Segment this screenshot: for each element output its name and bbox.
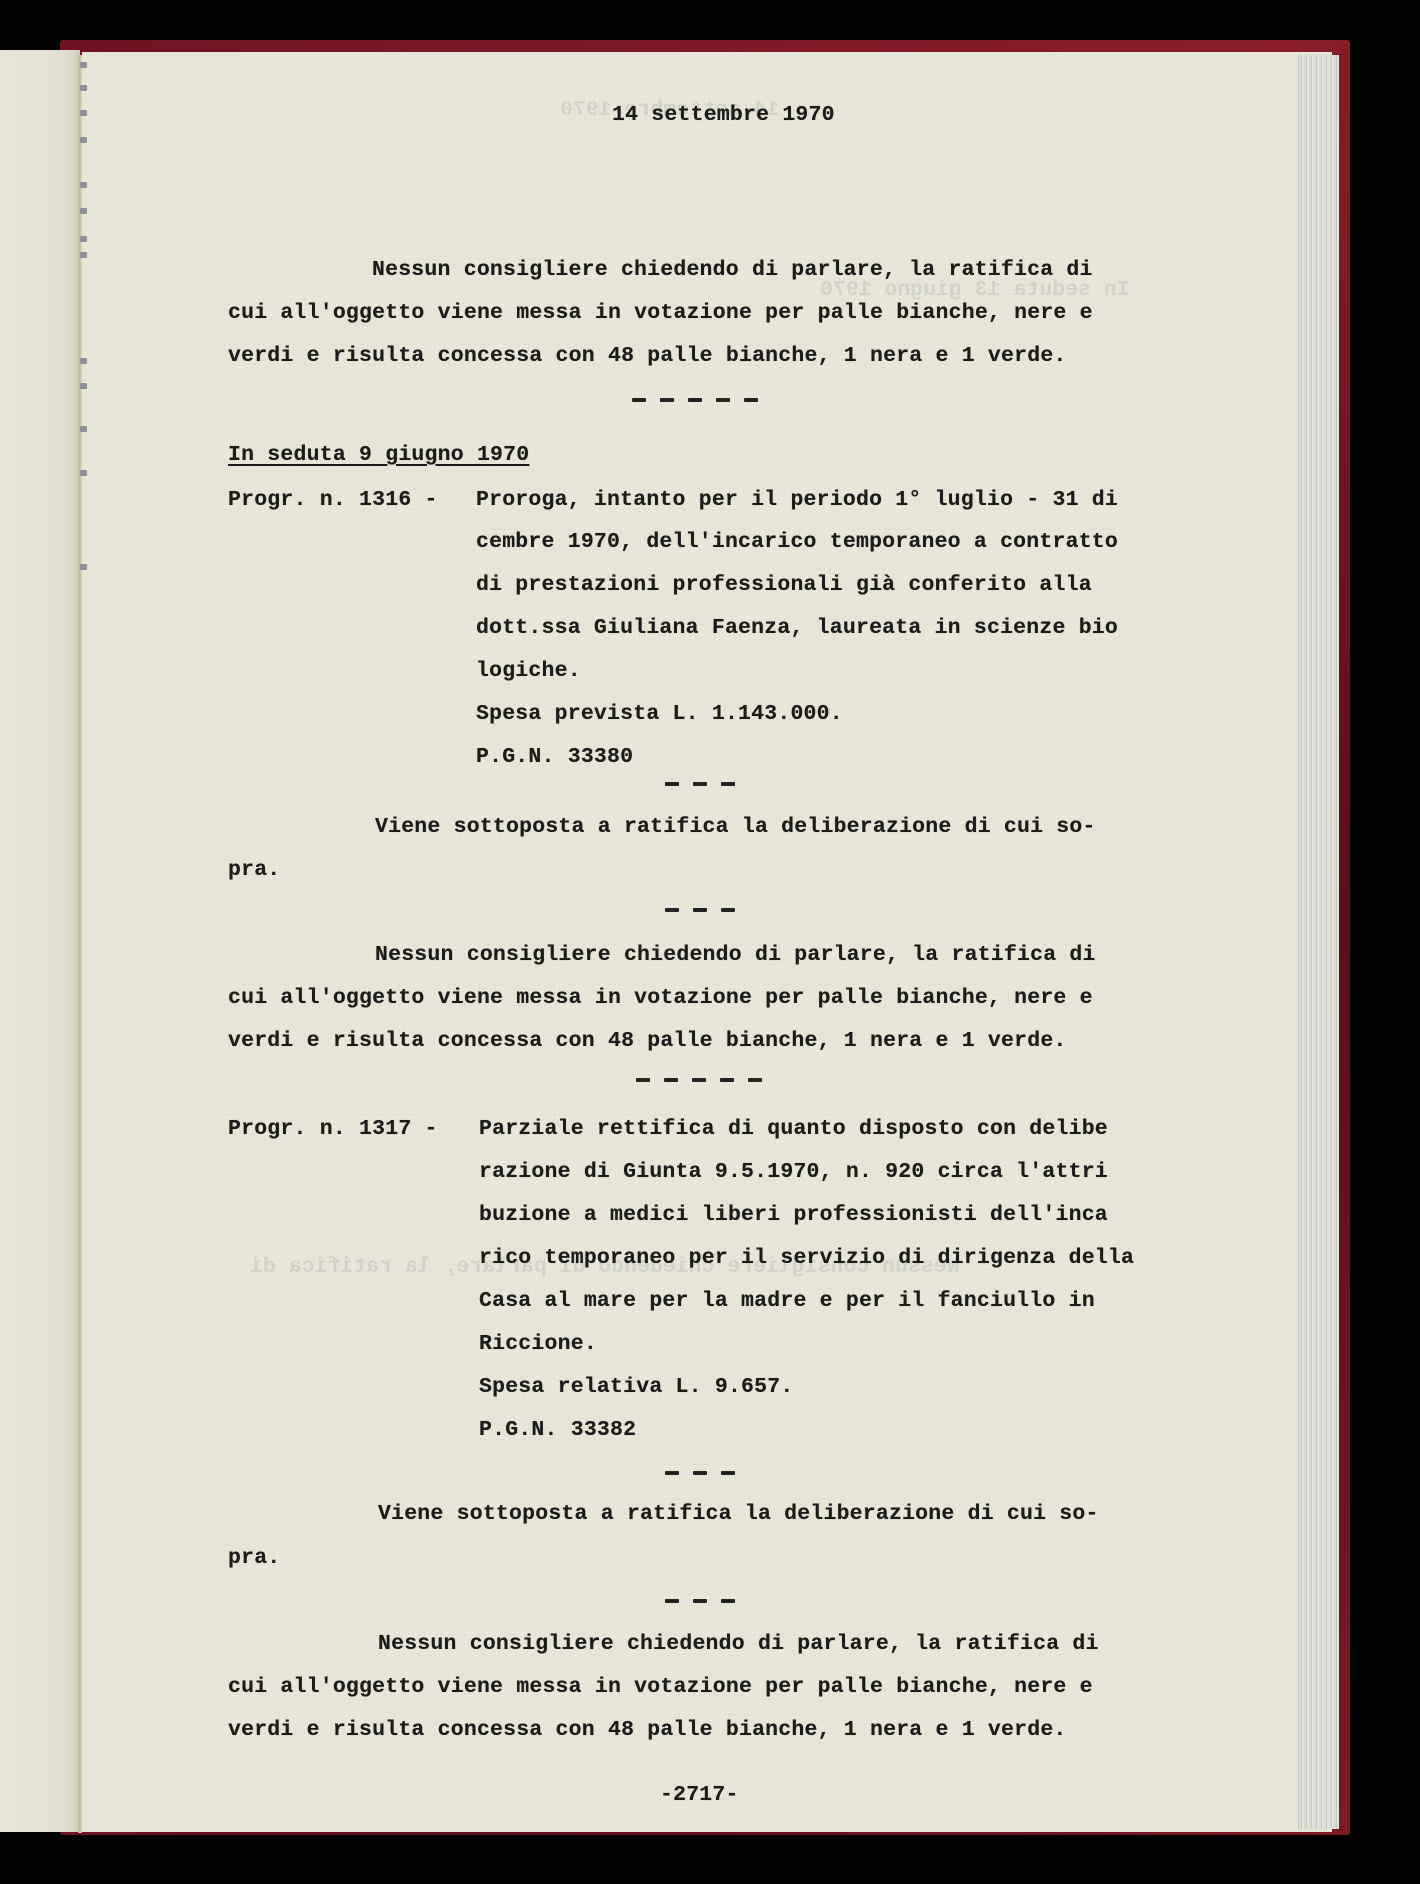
paragraph-line: verdi e risulta concessa con 48 palle bi… — [228, 1718, 1067, 1742]
section-separator — [636, 1078, 762, 1082]
page-date-header: 14 settembre 1970 — [612, 103, 835, 127]
paragraph-line: pra. — [228, 858, 280, 882]
progr-label-1317: Progr. n. 1317 - — [228, 1117, 438, 1141]
item-1317-line: Casa al mare per la madre e per il fanci… — [479, 1289, 1095, 1313]
paragraph-line: Nessun consigliere chiedendo di parlare,… — [378, 1632, 1099, 1656]
staple-mark — [80, 85, 87, 91]
section-separator — [665, 1599, 735, 1603]
binding-gutter — [78, 55, 82, 1833]
paragraph-line: Viene sottoposta a ratifica la deliberaz… — [378, 1502, 1099, 1526]
staple-mark — [80, 252, 87, 258]
item-1317-spesa: Spesa relativa L. 9.657. — [479, 1375, 793, 1399]
paragraph-line: verdi e risulta concessa con 48 palle bi… — [228, 1029, 1067, 1053]
staple-mark — [80, 383, 87, 389]
item-1316-line: Proroga, intanto per il periodo 1° lugli… — [476, 488, 1118, 512]
paragraph-line: cui all'oggetto viene messa in votazione… — [228, 986, 1093, 1010]
item-1317-line: Riccione. — [479, 1332, 597, 1356]
paragraph-line: Nessun consigliere chiedendo di parlare,… — [375, 943, 1096, 967]
paragraph-line: pra. — [228, 1546, 280, 1570]
staple-mark — [80, 564, 87, 570]
staple-mark — [80, 236, 87, 242]
item-1316-spesa: Spesa prevista L. 1.143.000. — [476, 702, 843, 726]
section-separator — [665, 782, 735, 786]
session-heading: In seduta 9 giugno 1970 — [228, 443, 529, 467]
progr-label-1316: Progr. n. 1316 - — [228, 488, 438, 512]
paragraph-line: cui all'oggetto viene messa in votazione… — [228, 301, 1093, 325]
page-number: -2717- — [660, 1783, 739, 1807]
item-1316-pgn: P.G.N. 33380 — [476, 745, 633, 769]
staple-mark — [80, 208, 87, 214]
staple-mark — [80, 110, 87, 116]
paragraph-line: cui all'oggetto viene messa in votazione… — [228, 1675, 1093, 1699]
staple-mark — [80, 470, 87, 476]
paragraph-line: Viene sottoposta a ratifica la deliberaz… — [375, 815, 1096, 839]
section-separator — [665, 908, 735, 912]
staple-mark — [80, 182, 87, 188]
item-1317-pgn: P.G.N. 33382 — [479, 1418, 636, 1442]
item-1316-line: cembre 1970, dell'incarico temporaneo a … — [476, 530, 1118, 554]
section-separator — [632, 398, 758, 402]
staple-mark — [80, 426, 87, 432]
item-1317-line: rico temporaneo per il servizio di dirig… — [479, 1246, 1134, 1270]
item-1316-line: di prestazioni professionali già conferi… — [476, 573, 1092, 597]
item-1317-line: buzione a medici liberi professionisti d… — [479, 1203, 1108, 1227]
staple-mark — [80, 62, 87, 68]
previous-page-edge — [0, 50, 80, 1832]
paragraph-line: Nessun consigliere chiedendo di parlare,… — [372, 258, 1093, 282]
staple-mark — [80, 137, 87, 143]
section-separator — [665, 1471, 735, 1475]
paragraph-line: verdi e risulta concessa con 48 palle bi… — [228, 344, 1067, 368]
item-1316-line: dott.ssa Giuliana Faenza, laureata in sc… — [476, 616, 1118, 640]
page-stack-edge — [1298, 55, 1339, 1829]
staple-mark — [80, 358, 87, 364]
item-1317-line: razione di Giunta 9.5.1970, n. 920 circa… — [479, 1160, 1108, 1184]
item-1317-line: Parziale rettifica di quanto disposto co… — [479, 1117, 1108, 1141]
item-1316-line: logiche. — [476, 659, 581, 683]
